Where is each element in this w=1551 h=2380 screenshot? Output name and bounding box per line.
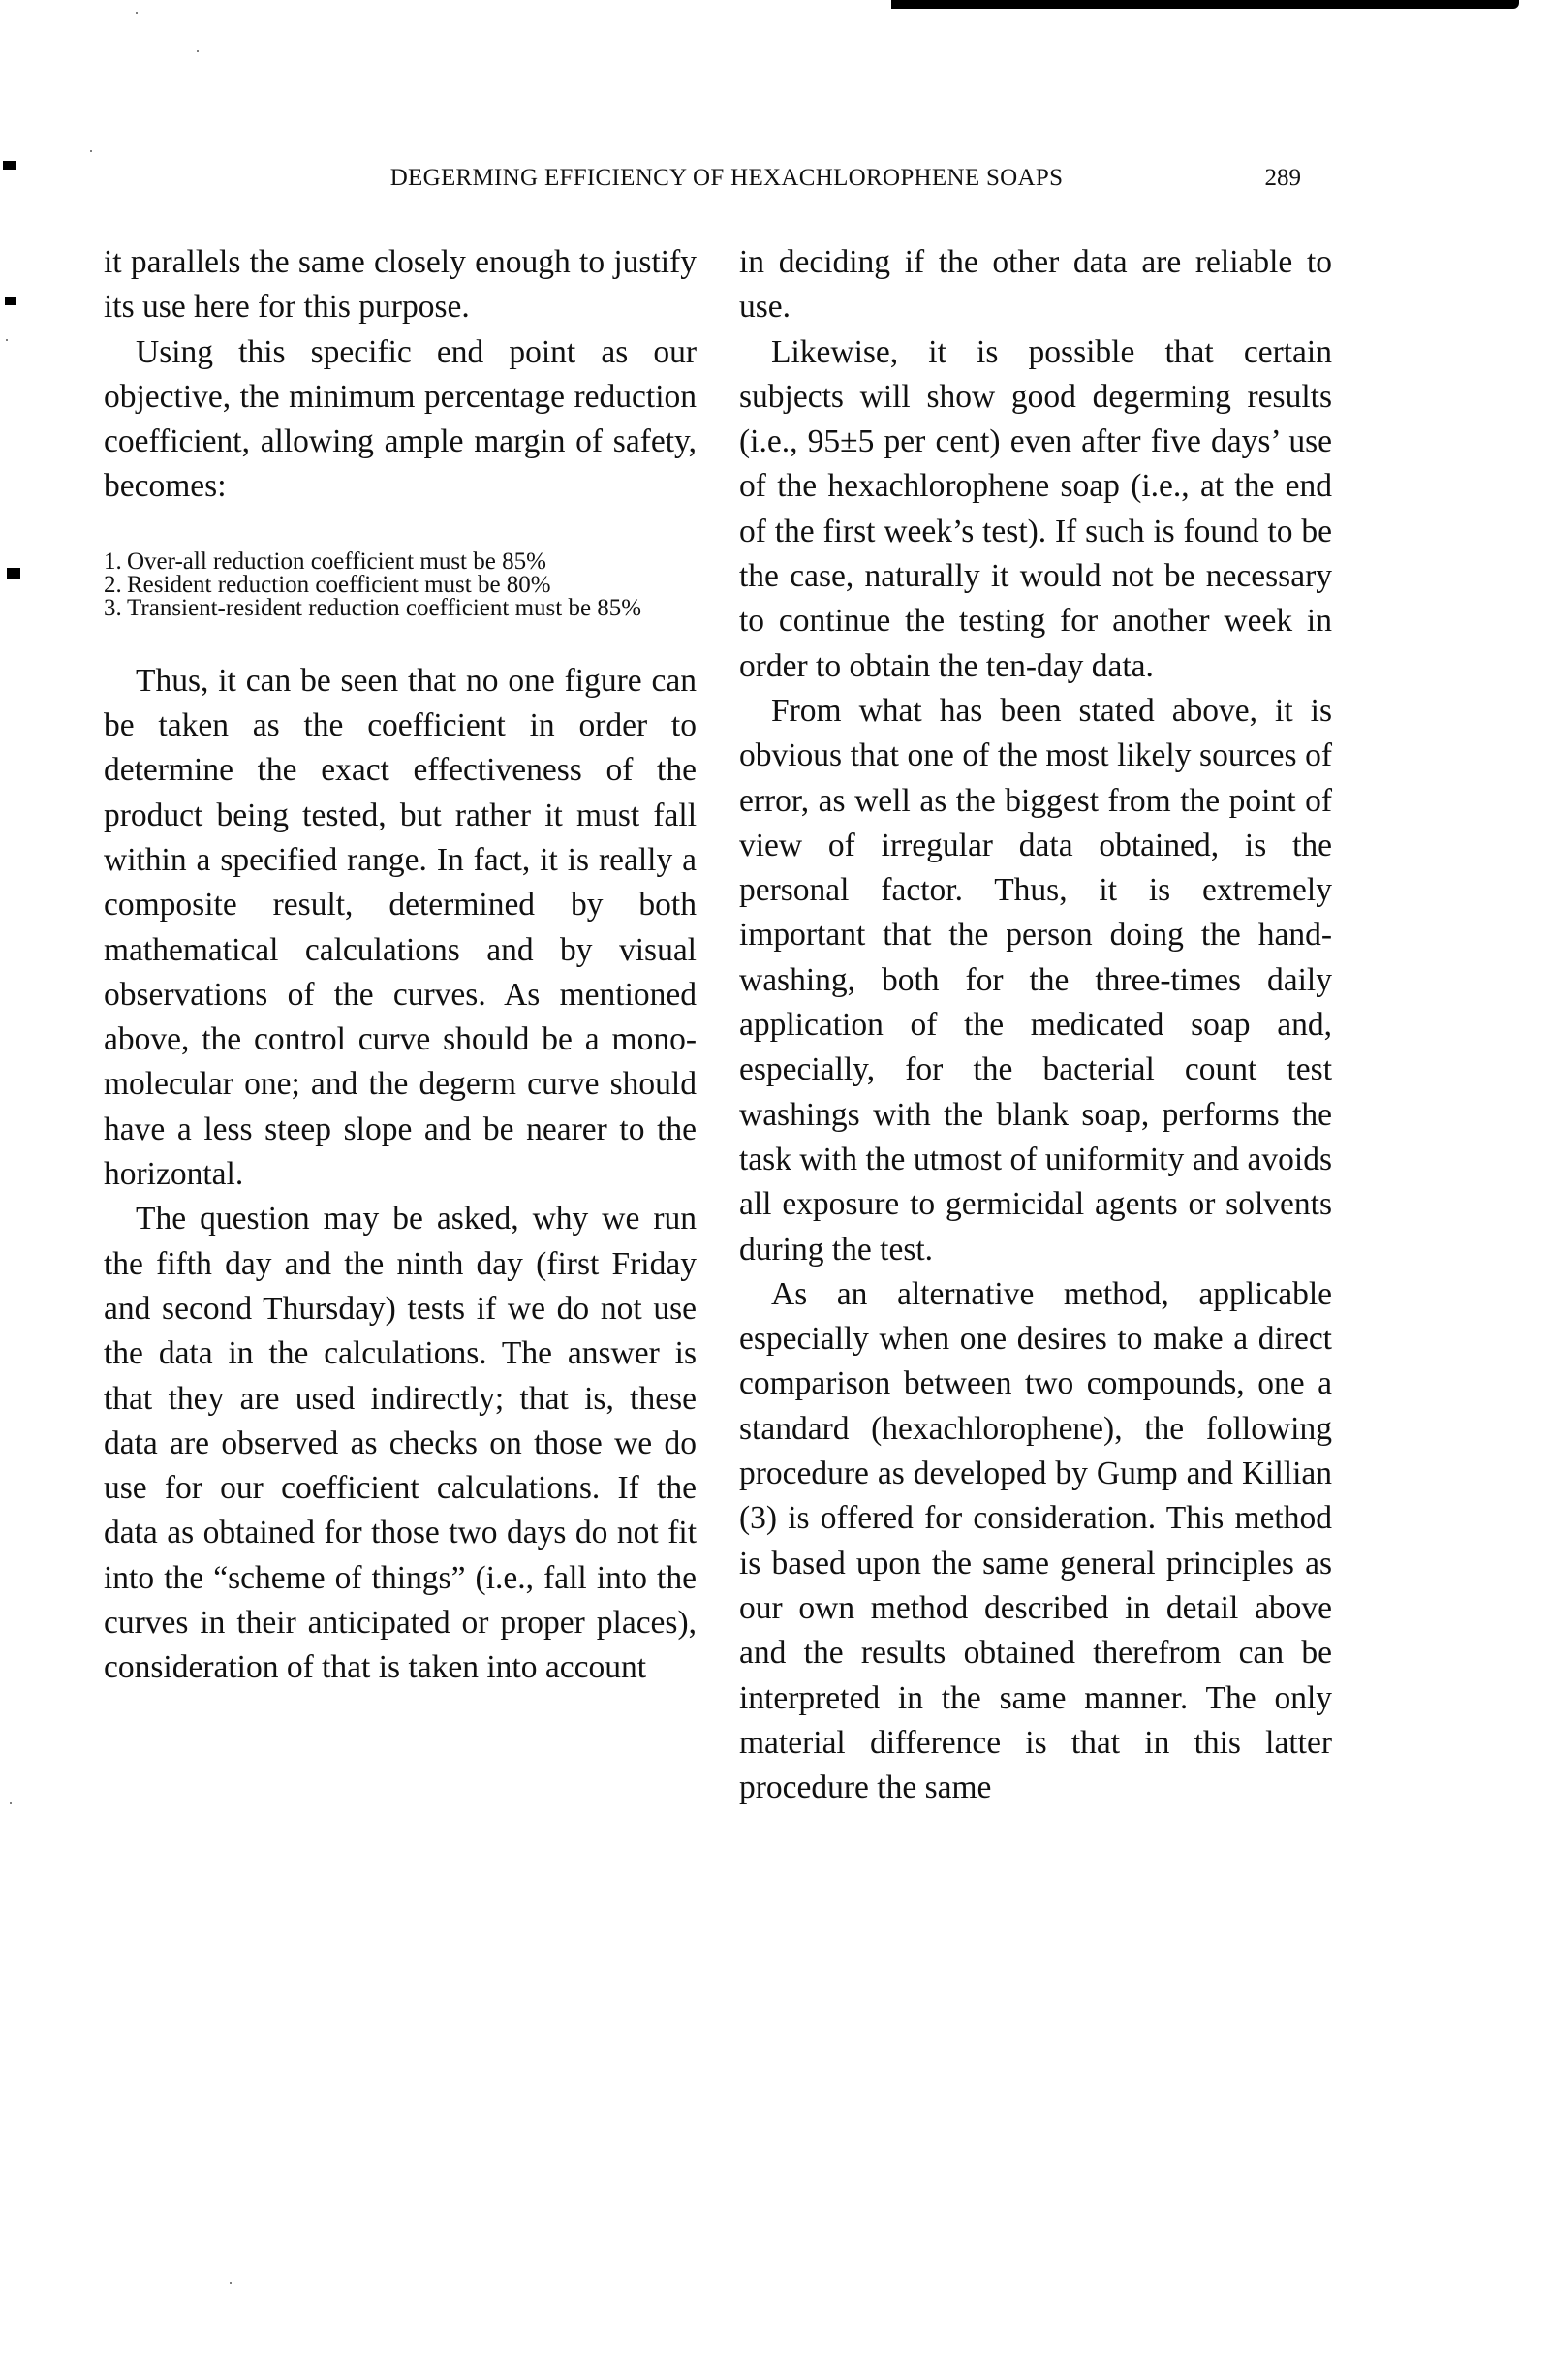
- list-number: 2.: [104, 574, 127, 597]
- list-number: 3.: [104, 597, 127, 620]
- running-head: DEGERMING EFFICIENCY OF HEXACHLOROPHENE …: [97, 165, 1356, 194]
- paragraph: Using this specific end point as our obj…: [104, 330, 697, 510]
- speck: [136, 12, 138, 14]
- margin-mark: [7, 568, 20, 579]
- margin-mark: [5, 297, 16, 305]
- list-text: Over-all reduction coefficient must be 8…: [127, 550, 697, 574]
- coefficient-requirements-list: 1. Over-all reduction coefficient must b…: [104, 550, 697, 620]
- paragraph: Likewise, it is possible that certain su…: [739, 330, 1332, 689]
- speck: [230, 2282, 232, 2284]
- right-column: in deciding if the other data are reliab…: [739, 240, 1332, 1810]
- paragraph: Thus, it can be seen that no one figure …: [104, 659, 697, 1198]
- speck: [10, 1802, 12, 1804]
- running-title: DEGERMING EFFICIENCY OF HEXACHLOROPHENE …: [97, 165, 1356, 192]
- list-item: 1. Over-all reduction coefficient must b…: [104, 550, 697, 574]
- speck: [6, 339, 8, 341]
- paragraph: it parallels the same closely enough to …: [104, 240, 697, 330]
- margin-mark: [3, 161, 16, 170]
- page-number: 289: [1265, 165, 1302, 192]
- list-item: 3. Transient-resident reduction coeffici…: [104, 597, 697, 620]
- paragraph: From what has been stated above, it is o…: [739, 689, 1332, 1272]
- paragraph: The question may be asked, why we run th…: [104, 1197, 697, 1690]
- list-number: 1.: [104, 550, 127, 574]
- left-column: it parallels the same closely enough to …: [104, 240, 697, 1691]
- list-item: 2. Resident reduction coefficient must b…: [104, 574, 697, 597]
- scan-edge-artifact: [891, 0, 1519, 9]
- paragraph: in deciding if the other data are reliab…: [739, 240, 1332, 330]
- speck: [197, 50, 199, 52]
- list-text: Transient-resident reduction coefficient…: [127, 597, 697, 620]
- paragraph: As an alternative method, applicable esp…: [739, 1272, 1332, 1811]
- speck: [90, 150, 92, 152]
- list-text: Resident reduction coefficient must be 8…: [127, 574, 697, 597]
